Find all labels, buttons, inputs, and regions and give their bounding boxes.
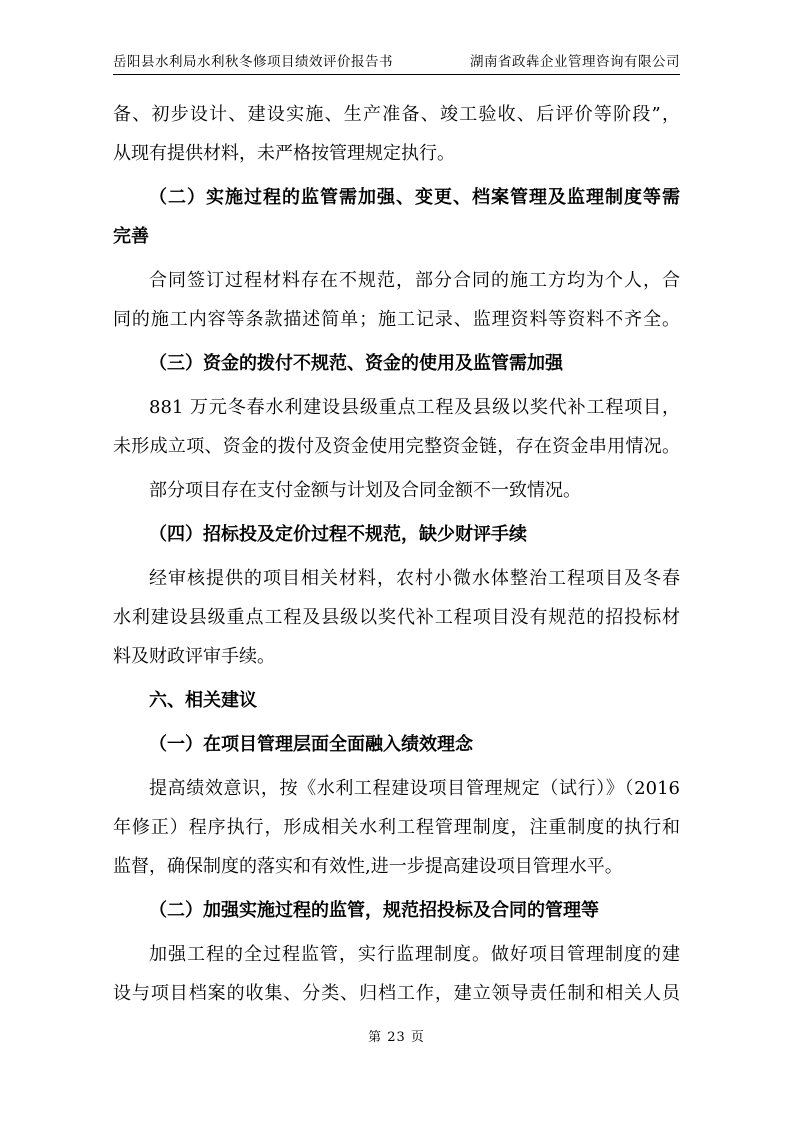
section-heading: （一）在项目管理层面全面融入绩效理念 [113, 725, 680, 764]
paragraph: 备、初步设计、建设实施、生产准备、竣工验收、后评价等阶段”，从现有提供材料，未严… [113, 95, 680, 173]
paragraph: 部分项目存在支付金额与计划及合同金额不一致情况。 [113, 471, 680, 510]
section-heading: （二）加强实施过程的监管，规范招投标及合同的管理等 [113, 891, 680, 930]
paragraph-line: 从现有提供材料，未严格按管理规定执行。 [113, 134, 680, 173]
heading-line: （四）招标投及定价过程不规范，缺少财评手续 [113, 515, 680, 554]
document-page: 岳阳县水利局水利秋冬修项目绩效评价报告书 湖南省政犇企业管理咨询有限公司 备、初… [0, 0, 793, 1122]
heading-line: 六、相关建议 [113, 681, 680, 720]
heading-line: （二）实施过程的监管需加强、变更、档案管理及监理制度等需 [113, 178, 680, 217]
heading-line: （二）加强实施过程的监管，规范招投标及合同的管理等 [113, 891, 680, 930]
document-body: 备、初步设计、建设实施、生产准备、竣工验收、后评价等阶段”，从现有提供材料，未严… [113, 95, 680, 1013]
paragraph: 提高绩效意识，按《水利工程建设项目管理规定（试行）》（2016年修正）程序执行，… [113, 769, 680, 886]
paragraph-line: 监督，确保制度的落实和有效性,进一步提高建设项目管理水平。 [113, 847, 680, 886]
section-heading: （三）资金的拨付不规范、资金的使用及监管需加强 [113, 344, 680, 383]
section-heading: （二）实施过程的监管需加强、变更、档案管理及监理制度等需完善 [113, 178, 680, 256]
header-company-name: 湖南省政犇企业管理咨询有限公司 [470, 54, 680, 71]
paragraph: 881 万元冬春水利建设县级重点工程及县级以奖代补工程项目，未形成立项、资金的拨… [113, 388, 680, 466]
header-report-title: 岳阳县水利局水利秋冬修项目绩效评价报告书 [113, 54, 393, 71]
paragraph-line: 同的施工内容等条款描述简单；施工记录、监理资料等资料不齐全。 [113, 300, 680, 339]
paragraph-line: 加强工程的全过程监管，实行监理制度。做好项目管理制度的建 [113, 935, 680, 974]
paragraph-line: 未形成立项、资金的拨付及资金使用完整资金链，存在资金串用情况。 [113, 427, 680, 466]
paragraph-line: 备、初步设计、建设实施、生产准备、竣工验收、后评价等阶段”， [113, 95, 680, 134]
section-heading: （四）招标投及定价过程不规范，缺少财评手续 [113, 515, 680, 554]
paragraph-line: 部分项目存在支付金额与计划及合同金额不一致情况。 [113, 471, 680, 510]
paragraph-line: 合同签订过程材料存在不规范，部分合同的施工方均为个人，合 [113, 261, 680, 300]
page-header: 岳阳县水利局水利秋冬修项目绩效评价报告书 湖南省政犇企业管理咨询有限公司 [113, 54, 680, 75]
heading-line: 完善 [113, 217, 680, 256]
page-number: 第 23 页 [368, 1030, 425, 1045]
page-footer: 第 23 页 [0, 1026, 793, 1045]
paragraph-line: 水利建设县级重点工程及县级以奖代补工程项目没有规范的招投标材 [113, 598, 680, 637]
heading-line: （三）资金的拨付不规范、资金的使用及监管需加强 [113, 344, 680, 383]
paragraph: 合同签订过程材料存在不规范，部分合同的施工方均为个人，合同的施工内容等条款描述简… [113, 261, 680, 339]
paragraph-line: 料及财政评审手续。 [113, 637, 680, 676]
paragraph-line: 经审核提供的项目相关材料，农村小微水体整治工程项目及冬春 [113, 559, 680, 598]
heading-line: （一）在项目管理层面全面融入绩效理念 [113, 725, 680, 764]
paragraph-line: 年修正）程序执行，形成相关水利工程管理制度，注重制度的执行和 [113, 808, 680, 847]
paragraph-line: 881 万元冬春水利建设县级重点工程及县级以奖代补工程项目， [113, 388, 680, 427]
paragraph-line: 设与项目档案的收集、分类、归档工作，建立领导责任制和相关人员 [113, 974, 680, 1013]
paragraph: 加强工程的全过程监管，实行监理制度。做好项目管理制度的建设与项目档案的收集、分类… [113, 935, 680, 1013]
paragraph-line: 提高绩效意识，按《水利工程建设项目管理规定（试行）》（2016 [113, 769, 680, 808]
paragraph: 经审核提供的项目相关材料，农村小微水体整治工程项目及冬春水利建设县级重点工程及县… [113, 559, 680, 676]
section-heading: 六、相关建议 [113, 681, 680, 720]
